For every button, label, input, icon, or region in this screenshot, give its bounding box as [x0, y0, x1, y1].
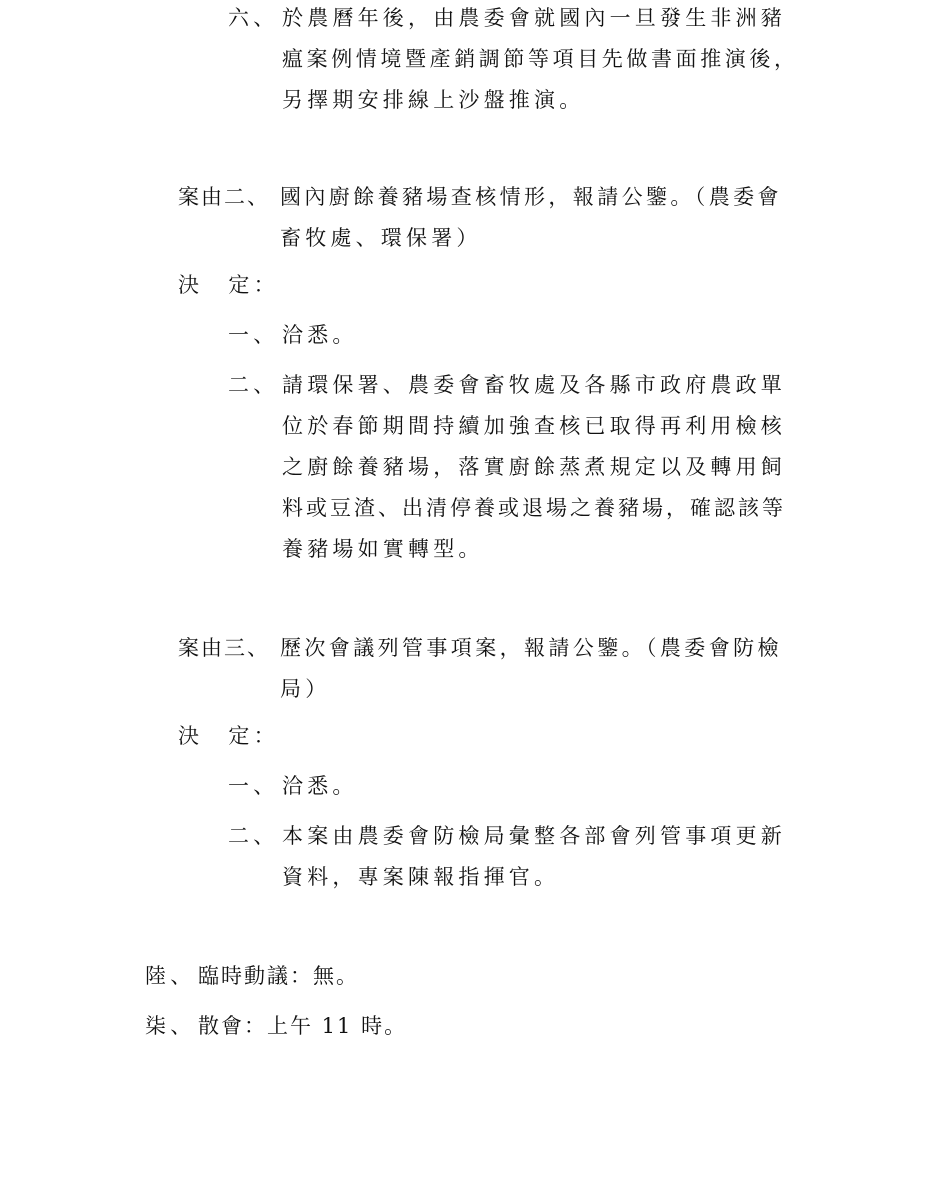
case-2-title-line-2: 畜牧處、環保署）: [280, 226, 482, 250]
case-2-decision-2-line-5: 養豬場如實轉型。: [282, 537, 484, 561]
case-3-heading: 案由三、: [178, 636, 270, 660]
case-2-decision-2-marker: 二、: [228, 373, 278, 397]
case-2-decision-1-marker: 一、: [228, 323, 278, 347]
section-7-text: 散會：上午 11 時。: [198, 1014, 407, 1038]
case-2-decision-2-line-4: 料或豆渣、出清停養或退場之養豬場，確認該等: [282, 496, 786, 520]
case-2-decision-2-line-2: 位於春節期間持續加強查核已取得再利用檢核: [282, 414, 786, 438]
case-3-decision-label: 決 定：: [178, 724, 279, 748]
case-3-title-line-1: 歷次會議列管事項案，報請公鑒。（農委會防檢: [280, 636, 782, 660]
item-6-line-3: 另擇期安排線上沙盤推演。: [282, 88, 584, 112]
case-2-title-line-1: 國內廚餘養豬場查核情形，報請公鑒。（農委會: [280, 185, 782, 209]
case-3-decision-1-text: 洽悉。: [282, 774, 358, 798]
case-3-decision-2-line-2: 資料，專案陳報指揮官。: [282, 865, 559, 889]
case-2-decision-1-text: 洽悉。: [282, 323, 358, 347]
case-2-heading: 案由二、: [178, 185, 270, 209]
item-6-line-1: 於農曆年後，由農委會就國內一旦發生非洲豬: [282, 6, 786, 30]
section-6-marker: 陸、: [145, 964, 195, 988]
case-3-decision-2-line-1: 本案由農委會防檢局彙整各部會列管事項更新: [282, 824, 786, 848]
case-3-decision-2-marker: 二、: [228, 824, 278, 848]
case-2-decision-label: 決 定：: [178, 273, 279, 297]
case-2-decision-2-line-3: 之廚餘養豬場，落實廚餘蒸煮規定以及轉用飼: [282, 455, 786, 479]
case-3-title-line-2: 局）: [280, 677, 330, 701]
section-6-text: 臨時動議：無。: [198, 964, 359, 988]
case-2-decision-2-line-1: 請環保署、農委會畜牧處及各縣市政府農政單: [282, 373, 786, 397]
case-3-decision-1-marker: 一、: [228, 774, 278, 798]
item-6-line-2: 瘟案例情境暨產銷調節等項目先做書面推演後，: [282, 47, 799, 71]
item-6-marker: 六、: [228, 6, 278, 30]
section-7-marker: 柒、: [145, 1014, 195, 1038]
